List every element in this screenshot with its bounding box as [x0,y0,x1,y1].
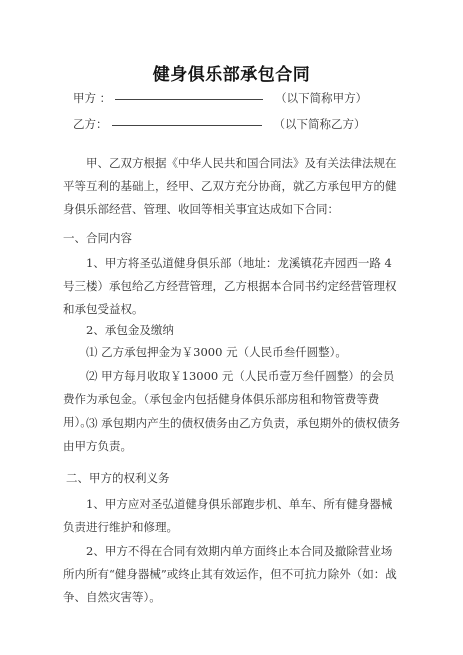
section-2-item-2: 2、甲方不得在合同有效期内单方面终止本合同及撤除营业场所内所有“健身器械”或终止… [63,540,403,610]
party-a-label: 甲方 ： [73,90,111,106]
document-page: 健身俱乐部承包合同 甲方 ：（以下简称甲方） 乙方：（以下简称乙方） 甲、乙双方… [0,0,463,655]
section-1-sub-1: ⑴ 乙方承包押金为￥3000 元（人民币叁仟圆整）。 [63,341,403,364]
party-b-note: （以下简称乙方） [274,116,366,132]
party-a-note: （以下简称甲方） [275,90,367,106]
party-a-blank-field[interactable] [115,99,263,100]
party-b-row: 乙方：（以下简称乙方） [73,116,366,132]
section-1-item-2-heading: 2、承包金及缴纳 [86,322,174,338]
section-1-heading: 一、合同内容 [63,230,132,246]
section-1-item-1: 1、甲方将圣弘道健身俱乐部（地址：龙溪镇花卉园西一路 4 号三楼）承包给乙方经营… [63,252,403,322]
party-b-blank-field[interactable] [112,125,262,126]
section-2-heading: 二、甲方的权利义务 [66,470,170,486]
party-a-row: 甲方 ：（以下简称甲方） [73,90,367,106]
party-b-label: 乙方： [73,116,108,132]
preamble-paragraph: 甲、乙双方根据《中华人民共和国合同法》及有关法律法规在平等互利的基础上，经甲、乙… [63,152,403,222]
section-2-item-1: 1、甲方应对圣弘道健身俱乐部跑步机、单车、所有健身器械负责进行维护和修理。 [63,493,403,539]
section-1-sub-3: ⑶ 承包期内产生的债权债务由乙方负责，承包期外的债权债务由甲方负责。 [63,412,403,458]
document-title: 健身俱乐部承包合同 [0,60,463,85]
